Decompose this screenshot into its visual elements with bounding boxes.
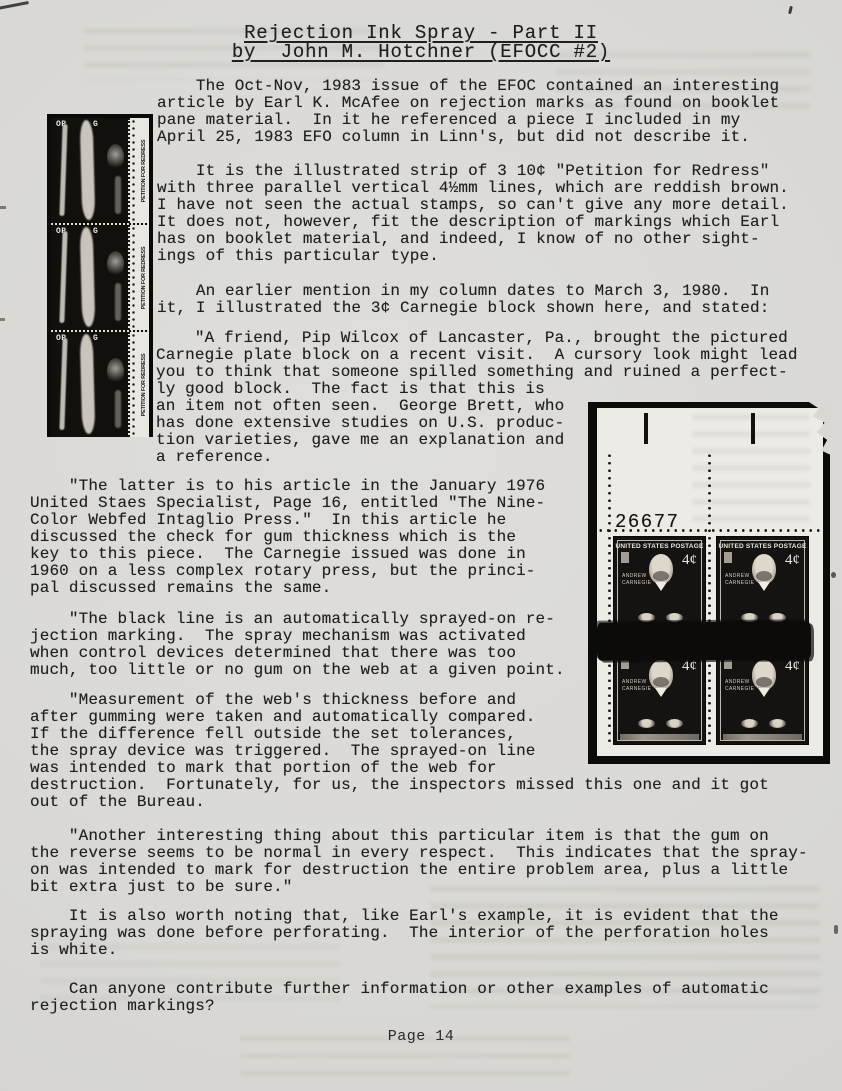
portrait-hand	[638, 719, 655, 728]
scan-artifact	[831, 572, 836, 578]
stamp-image: OP G PETITION FOR REDRESS	[51, 330, 149, 437]
stamp-inscription: PETITION FOR REDRESS	[141, 139, 147, 202]
portrait-collar	[655, 582, 667, 591]
stamp-emblem	[621, 552, 629, 563]
scanned-article-page: Rejection Ink Spray - Part II by John M.…	[0, 0, 842, 1091]
rejection-spray-mark	[751, 413, 755, 444]
perforation-line	[708, 452, 711, 745]
ink-streak	[80, 120, 96, 220]
stamp-name-text: ANDREW CARNEGIE	[622, 679, 651, 693]
article-byline: by John M. Hotchner (EFOCC #2)	[232, 43, 610, 62]
article-paragraph: "The latter is to his article in the Jan…	[30, 478, 545, 597]
article-paragraph: "The black line is an automatically spra…	[30, 611, 565, 679]
perforation-line	[132, 225, 135, 330]
portrait-collar	[758, 582, 770, 591]
scan-artifact	[0, 318, 5, 321]
stamp-text-fragment: G	[93, 334, 98, 343]
stamp-denomination: 4¢	[682, 658, 697, 675]
portrait-ghost	[107, 358, 124, 384]
article-paragraph: The Oct-Nov, 1983 issue of the EFOC cont…	[157, 78, 779, 146]
article-paragraph: "Another interesting thing about this pa…	[30, 828, 808, 896]
stamp-header-text: UNITED STATES POSTAGE	[614, 543, 705, 550]
figure-redress-stamp-strip: OP G PETITION FOR REDRESS OP G PETITION …	[47, 114, 153, 437]
portrait-ghost	[107, 251, 124, 277]
portrait-hand	[666, 613, 683, 622]
rejection-spray-band	[597, 621, 811, 660]
stamp-selvage: PETITION FOR REDRESS	[128, 332, 149, 437]
scan-artifact	[788, 6, 793, 14]
stamp-denomination: 4¢	[682, 552, 697, 569]
carnegie-portrait	[752, 660, 776, 690]
carnegie-portrait	[752, 554, 776, 584]
portrait-hand	[638, 613, 655, 622]
carnegie-portrait	[649, 554, 673, 584]
stamp-denomination: 4¢	[785, 552, 800, 569]
page-number: Page 14	[0, 1028, 842, 1045]
portrait-collar	[655, 688, 667, 697]
perforation-line	[132, 332, 135, 437]
stamp-name-text: ANDREW CARNEGIE	[725, 679, 754, 693]
stamp-denomination: 4¢	[785, 658, 800, 675]
portrait-ghost	[107, 144, 124, 170]
stamp-name-text: ANDREW CARNEGIE	[622, 573, 651, 587]
ink-streak	[80, 334, 96, 434]
ink-streak	[115, 283, 121, 321]
plate-number: 26677	[615, 511, 680, 533]
scan-artifact	[0, 1, 29, 10]
plate-block-selvage: 26677 UNITED STATES POSTAGE 4¢ ANDREW CA…	[597, 408, 823, 756]
stamp-inscription: PETITION FOR REDRESS	[141, 246, 147, 309]
portrait-desk	[723, 734, 802, 740]
stamp-image: OP G PETITION FOR REDRESS	[51, 223, 149, 330]
ink-streak	[115, 176, 121, 214]
article-paragraph: It is the illustrated strip of 3 10¢ "Pe…	[157, 163, 789, 265]
perforation-line	[608, 452, 611, 745]
scan-artifact	[0, 206, 6, 209]
perforation-line	[132, 118, 135, 223]
article-paragraph: It is also worth noting that, like Earl'…	[30, 908, 779, 959]
article-paragraph: An earlier mention in my column dates to…	[157, 283, 769, 317]
portrait-hand	[741, 719, 758, 728]
stamp-emblem	[724, 552, 732, 563]
stamp-text-fragment: OP	[56, 334, 67, 343]
ink-streak	[80, 227, 96, 327]
portrait-hand	[741, 613, 758, 622]
article-paragraph: Can anyone contribute further informatio…	[30, 981, 769, 1015]
stamp-selvage: PETITION FOR REDRESS	[128, 225, 149, 330]
stamp-text-fragment: OP	[56, 227, 67, 236]
ink-streak	[115, 390, 121, 428]
stamp-image: OP G PETITION FOR REDRESS	[51, 118, 149, 223]
stamp-header-text: UNITED STATES POSTAGE	[717, 543, 808, 550]
portrait-collar	[758, 688, 770, 697]
stamp-text-fragment: OP	[56, 120, 67, 129]
portrait-hand	[666, 719, 683, 728]
figure-carnegie-plate-block: 26677 UNITED STATES POSTAGE 4¢ ANDREW CA…	[588, 402, 830, 764]
portrait-desk	[620, 734, 699, 740]
stamp-text-fragment: G	[93, 120, 98, 129]
ink-streak	[59, 338, 67, 430]
rejection-spray-mark	[644, 413, 648, 444]
stamp-selvage: PETITION FOR REDRESS	[128, 118, 149, 223]
stamp-name-text: ANDREW CARNEGIE	[725, 573, 754, 587]
ink-streak	[59, 124, 67, 216]
portrait-hand	[769, 719, 786, 728]
carnegie-portrait	[649, 660, 673, 690]
title-block: Rejection Ink Spray - Part II by John M.…	[0, 24, 842, 62]
ink-streak	[59, 231, 67, 323]
scan-artifact	[834, 925, 838, 934]
stamp-text-fragment: G	[93, 227, 98, 236]
stamp-inscription: PETITION FOR REDRESS	[141, 353, 147, 416]
